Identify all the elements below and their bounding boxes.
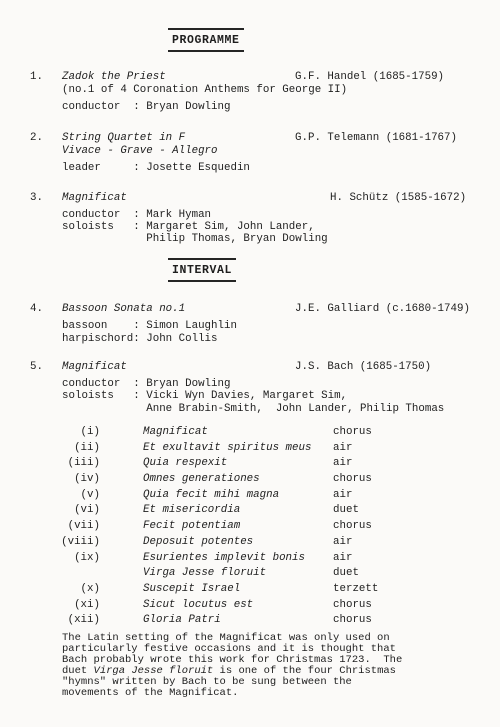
movement-numeral: (vi) <box>30 503 100 519</box>
item-number: 5. <box>30 361 62 374</box>
movement-title: Fecit potentiam <box>143 519 333 535</box>
movement-type: duet <box>333 503 359 519</box>
item-head: 1. Zadok the Priest (no.1 of 4 Coronatio… <box>30 71 470 97</box>
programme-item: 3. Magnificat H. Schütz (1585-1672) cond… <box>30 192 470 246</box>
movement-title: Sicut locutus est <box>143 598 333 614</box>
credit-line: Anne Brabin-Smith, John Lander, Philip T… <box>62 403 470 415</box>
item-head: 3. Magnificat H. Schütz (1585-1672) <box>30 192 470 205</box>
credit-line: conductor : Mark Hyman <box>62 209 470 221</box>
movement-row: (vi) Et misericordia duet <box>30 503 470 519</box>
movement-numeral: (xi) <box>30 598 100 614</box>
item-credits: bassoon : Simon Laughlin harpischord: Jo… <box>62 320 470 345</box>
movement-title: Virga Jesse floruit <box>143 566 333 582</box>
movement-title: Suscepit Israel <box>143 582 333 598</box>
programme-item: 5. Magnificat J.S. Bach (1685-1750) cond… <box>30 361 470 415</box>
movement-numeral: (ix) <box>30 551 100 567</box>
item-subtitle: (no.1 of 4 Coronation Anthems for George… <box>62 84 347 97</box>
footer-note: The Latin setting of the Magnificat was … <box>62 633 427 698</box>
programme-page: PROGRAMME 1. Zadok the Priest (no.1 of 4… <box>0 0 500 727</box>
item-composer: G.P. Telemann (1681-1767) <box>295 132 457 145</box>
credit-line: leader : Josette Esquedin <box>62 162 470 174</box>
item-title: Bassoon Sonata no.1 <box>62 303 185 316</box>
item-credits: leader : Josette Esquedin <box>62 162 470 174</box>
item-credits: conductor : Bryan Dowling <box>62 101 470 113</box>
movement-numeral: (vii) <box>30 519 100 535</box>
movement-type: air <box>333 456 352 472</box>
item-credits: conductor : Bryan Dowling soloists : Vic… <box>62 378 470 415</box>
item-number: 1. <box>30 71 62 97</box>
movement-numeral: (i) <box>30 425 100 441</box>
movement-type: chorus <box>333 598 372 614</box>
movement-title: Quia respexit <box>143 456 333 472</box>
movement-type: chorus <box>333 519 372 535</box>
item-head: 2. String Quartet in F Vivace - Grave - … <box>30 132 470 158</box>
movement-type: air <box>333 535 352 551</box>
movement-numeral: (iv) <box>30 472 100 488</box>
movement-title: Omnes generationes <box>143 472 333 488</box>
programme-item: 1. Zadok the Priest (no.1 of 4 Coronatio… <box>30 71 470 113</box>
movement-row: (xii) Gloria Patri chorus <box>30 613 470 629</box>
movement-title: Deposuit potentes <box>143 535 333 551</box>
movement-numeral <box>30 566 100 582</box>
movement-type: duet <box>333 566 359 582</box>
item-credits: conductor : Mark Hyman soloists : Margar… <box>62 209 470 246</box>
movement-row: (i) Magnificat chorus <box>30 425 470 441</box>
item-composer: H. Schütz (1585-1672) <box>330 192 466 205</box>
credit-line: conductor : Bryan Dowling <box>62 101 470 113</box>
movement-numeral: (iii) <box>30 456 100 472</box>
item-number: 2. <box>30 132 62 158</box>
movement-type: air <box>333 441 352 457</box>
movement-type: terzett <box>333 582 378 598</box>
movement-title: Quia fecit mihi magna <box>143 488 333 504</box>
item-composer: J.S. Bach (1685-1750) <box>295 361 431 374</box>
movement-title: Et exultavit spiritus meus <box>143 441 333 457</box>
movement-type: air <box>333 488 352 504</box>
credit-line: harpischord: John Collis <box>62 333 470 345</box>
credit-line: conductor : Bryan Dowling <box>62 378 470 390</box>
movements-list: (i) Magnificat chorus (ii) Et exultavit … <box>30 425 470 629</box>
credit-line: soloists : Vicki Wyn Davies, Margaret Si… <box>62 390 470 402</box>
movement-row: Virga Jesse floruit duet <box>30 566 470 582</box>
movement-numeral: (v) <box>30 488 100 504</box>
movement-row: (vii) Fecit potentiam chorus <box>30 519 470 535</box>
movement-numeral: (xii) <box>30 613 100 629</box>
movement-numeral: (viii) <box>30 535 100 551</box>
movement-title: Gloria Patri <box>143 613 333 629</box>
movement-row: (iii) Quia respexit air <box>30 456 470 472</box>
movement-title: Esurientes implevit bonis <box>143 551 333 567</box>
item-head: 5. Magnificat J.S. Bach (1685-1750) <box>30 361 470 374</box>
movement-row: (viii) Deposuit potentes air <box>30 535 470 551</box>
item-title: Magnificat <box>62 192 127 205</box>
movement-row: (ix) Esurientes implevit bonis air <box>30 551 470 567</box>
movement-title: Et misericordia <box>143 503 333 519</box>
movement-row: (x) Suscepit Israel terzett <box>30 582 470 598</box>
movement-row: (xi) Sicut locutus est chorus <box>30 598 470 614</box>
item-subtitle: Vivace - Grave - Allegro <box>62 145 218 158</box>
item-number: 3. <box>30 192 62 205</box>
item-composer: J.E. Galliard (c.1680-1749) <box>295 303 470 316</box>
movement-title: Magnificat <box>143 425 333 441</box>
movement-type: air <box>333 551 352 567</box>
programme-header: PROGRAMME <box>168 28 244 52</box>
credit-line: Philip Thomas, Bryan Dowling <box>62 233 470 245</box>
programme-item: 4. Bassoon Sonata no.1 J.E. Galliard (c.… <box>30 303 470 345</box>
item-title: Magnificat <box>62 361 127 374</box>
movement-row: (ii) Et exultavit spiritus meus air <box>30 441 470 457</box>
movement-type: chorus <box>333 472 372 488</box>
movement-row: (v) Quia fecit mihi magna air <box>30 488 470 504</box>
movement-numeral: (ii) <box>30 441 100 457</box>
interval-header: INTERVAL <box>168 258 236 282</box>
credit-line: bassoon : Simon Laughlin <box>62 320 470 332</box>
programme-item: 2. String Quartet in F Vivace - Grave - … <box>30 132 470 174</box>
movement-type: chorus <box>333 613 372 629</box>
item-head: 4. Bassoon Sonata no.1 J.E. Galliard (c.… <box>30 303 470 316</box>
movement-numeral: (x) <box>30 582 100 598</box>
movement-type: chorus <box>333 425 372 441</box>
credit-line: soloists : Margaret Sim, John Lander, <box>62 221 470 233</box>
item-number: 4. <box>30 303 62 316</box>
item-composer: G.F. Handel (1685-1759) <box>295 71 444 84</box>
movement-row: (iv) Omnes generationes chorus <box>30 472 470 488</box>
item-title: String Quartet in F <box>62 132 218 145</box>
